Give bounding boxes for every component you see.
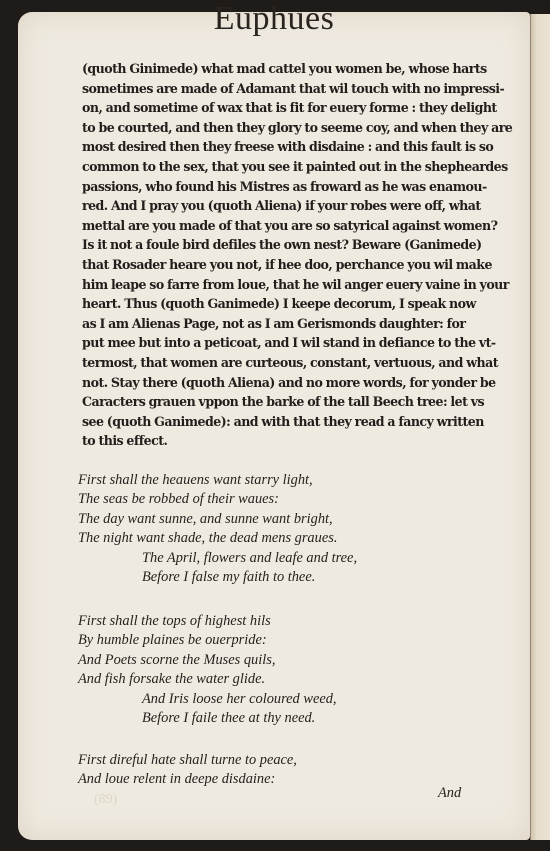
- verse-stanza-3: First direful hate shall turne to peace,…: [78, 751, 297, 790]
- verse-line: And fish forsake the water glide.: [78, 670, 337, 689]
- running-head: Euphues: [18, 0, 530, 38]
- prose-line: see (quoth Ganimede): and with that they…: [82, 412, 514, 432]
- verse-line: The seas be robbed of their waues:: [78, 490, 357, 509]
- prose-line: (quoth Ginimede) what mad cattel you wom…: [82, 59, 514, 79]
- catchword: And: [438, 785, 461, 802]
- verse-stanza-1: First shall the heauens want starry ligh…: [78, 471, 357, 587]
- prose-line: as I am Alienas Page, not as I am Gerism…: [82, 314, 514, 334]
- prose-line: mettal are you made of that you are so s…: [82, 216, 514, 236]
- verse-line: The night want shade, the dead mens grau…: [78, 529, 357, 548]
- prose-line: not. Stay there (quoth Aliena) and no mo…: [82, 373, 514, 393]
- bleedthrough-mark: (89): [94, 792, 117, 808]
- adjacent-page-edge: [530, 14, 550, 840]
- verse-line: By humble plaines be ouerpride:: [78, 631, 337, 650]
- prose-line: Caracters grauen vppon the barke of the …: [82, 392, 514, 412]
- prose-line: Is it not a foule bird defiles the own n…: [82, 235, 514, 255]
- verse-line: The day want sunne, and sunne want brigh…: [78, 510, 357, 529]
- prose-line: heart. Thus (quoth Ganimede) I keepe dec…: [82, 294, 514, 314]
- verse-line-indented: Before I faile thee at thy need.: [78, 709, 337, 728]
- verse-line: First shall the heauens want starry ligh…: [78, 471, 357, 490]
- prose-line: most desired then they freese with disda…: [82, 137, 514, 157]
- prose-paragraph: (quoth Ginimede) what mad cattel you wom…: [82, 59, 514, 451]
- prose-line: on, and sometime of wax that is fit for …: [82, 98, 514, 118]
- prose-line: put mee but into a peticoat, and I wil s…: [82, 333, 514, 353]
- prose-line: him leape so farre from loue, that he wi…: [82, 275, 514, 295]
- verse-line: And Poets scorne the Muses quils,: [78, 651, 337, 670]
- prose-line: red. And I pray you (quoth Aliena) if yo…: [82, 196, 514, 216]
- verse-line: First direful hate shall turne to peace,: [78, 751, 297, 770]
- prose-line: to this effect.: [82, 431, 514, 451]
- prose-line: sometimes are made of Adamant that wil t…: [82, 79, 514, 99]
- verse-line-indented: And Iris loose her coloured weed,: [78, 690, 337, 709]
- verse-line: And loue relent in deepe disdaine:: [78, 770, 297, 789]
- verse-line-indented: Before I false my faith to thee.: [78, 568, 357, 587]
- prose-line: passions, who found his Mistres as frowa…: [82, 177, 514, 197]
- verse-stanza-2: First shall the tops of highest hils By …: [78, 612, 337, 728]
- prose-line: that Rosader heare you not, if hee doo, …: [82, 255, 514, 275]
- verse-line: First shall the tops of highest hils: [78, 612, 337, 631]
- verse-line-indented: The April, flowers and leafe and tree,: [78, 549, 357, 568]
- prose-line: to be courted, and then they glory to se…: [82, 118, 514, 138]
- prose-line: termost, that women are curteous, consta…: [82, 353, 514, 373]
- prose-line: common to the sex, that you see it paint…: [82, 157, 514, 177]
